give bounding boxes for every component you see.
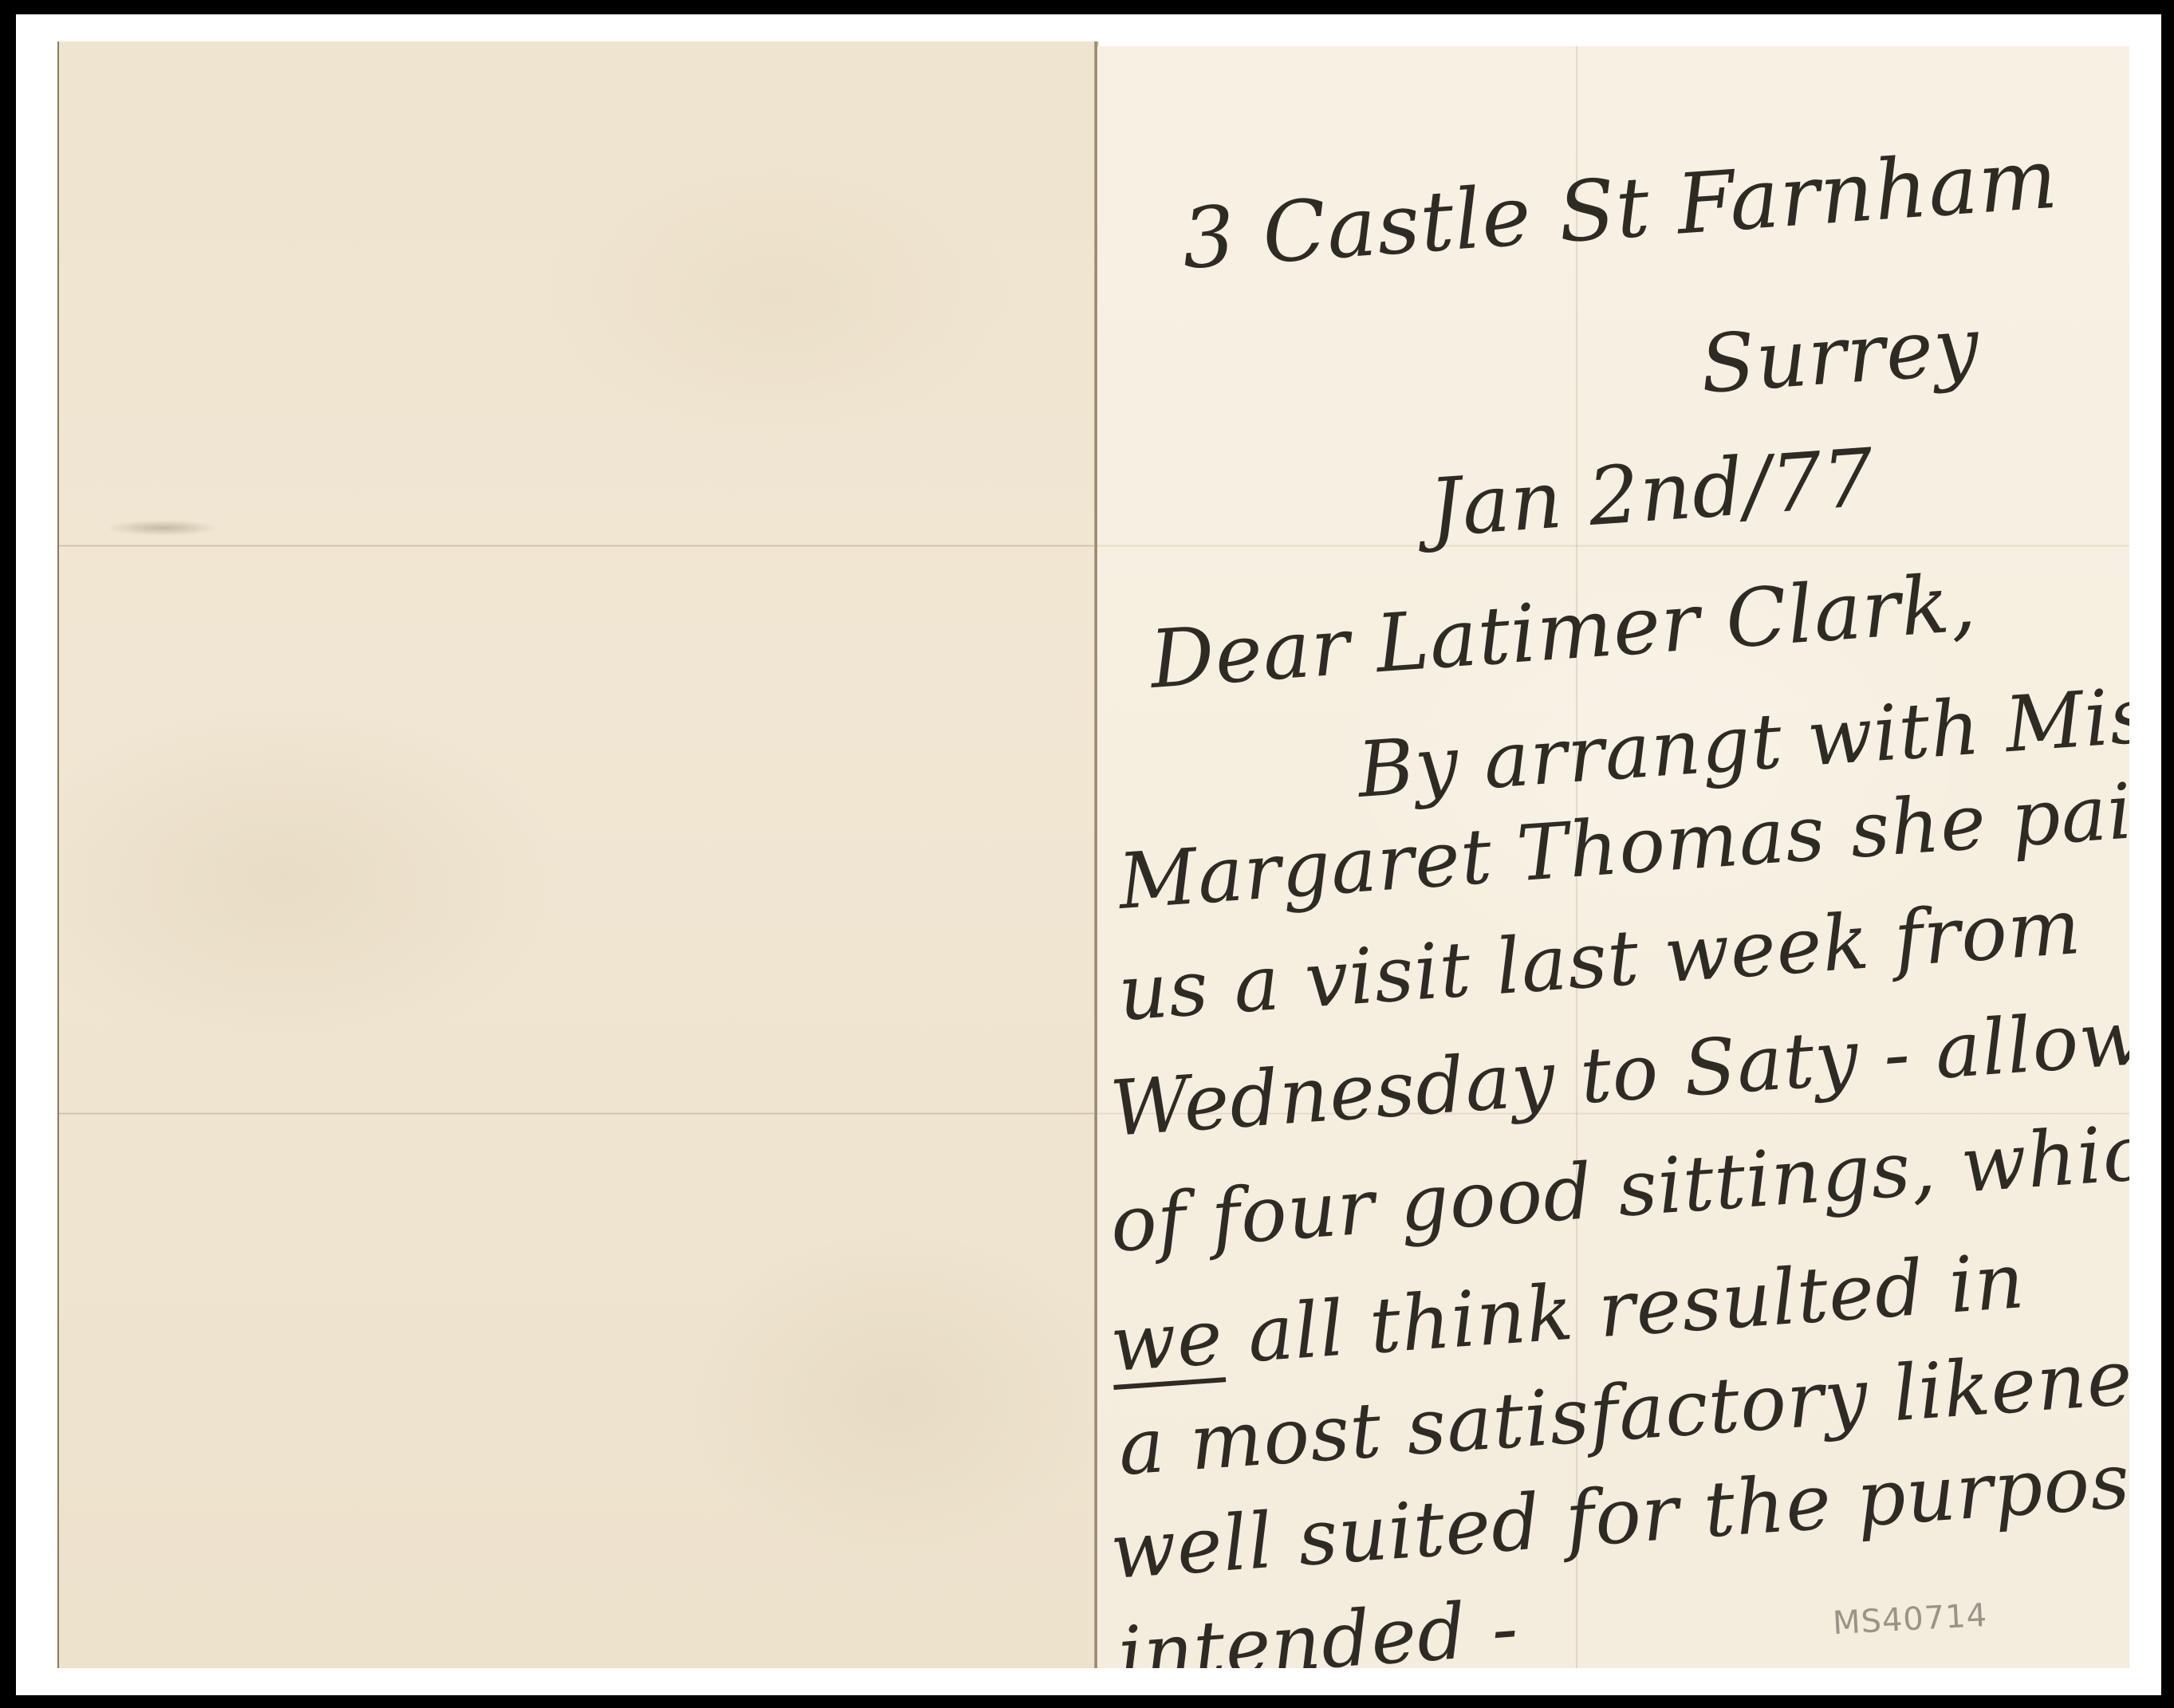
ink-smudge — [107, 520, 219, 536]
fold-crease-lower — [59, 1112, 1099, 1115]
underlined-word: we — [1108, 1292, 1226, 1389]
address-line-1: 3 Castle St Farnham — [1180, 136, 2061, 281]
body-line-9: intended - — [1116, 1589, 1521, 1668]
right-page: 3 Castle St Farnham Surrey Jan 2nd/77 De… — [1097, 46, 2129, 1668]
letter-date: Jan 2nd/77 — [1427, 438, 1877, 549]
fold-crease-upper — [59, 545, 1099, 547]
left-page — [57, 41, 1099, 1668]
handwritten-letter: 3 Castle St Farnham Surrey Jan 2nd/77 De… — [1097, 46, 2129, 1668]
salutation: Dear Latimer Clark, — [1148, 563, 1979, 700]
address-line-2: Surrey — [1698, 306, 1982, 405]
